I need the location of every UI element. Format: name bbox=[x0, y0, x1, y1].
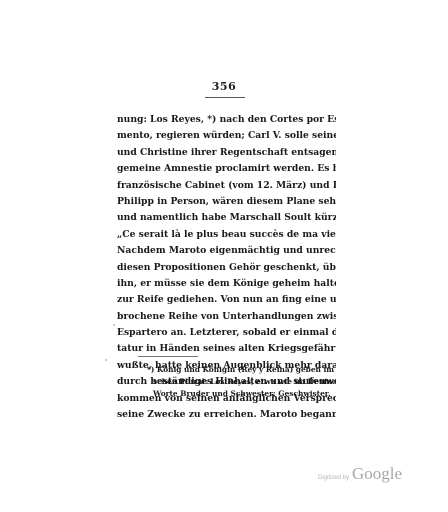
digitized-by-google-watermark: Digitized by Google bbox=[318, 464, 402, 484]
scan-speck bbox=[113, 324, 115, 326]
google-logo: Google bbox=[352, 464, 402, 484]
body-line: „Ce serait là le plus beau succès de ma … bbox=[117, 227, 336, 243]
body-line: mento, regieren würden; Carl V. solle se… bbox=[117, 128, 336, 144]
body-line: zur Reife gediehen. Von nun an fing eine… bbox=[117, 292, 336, 308]
body-line: Philipp in Person, wären diesem Plane se… bbox=[117, 194, 336, 210]
footnote-rule bbox=[138, 356, 198, 357]
body-line: ihn, er müsse sie dem Könige geheim halt… bbox=[117, 276, 336, 292]
body-line: gemeine Amnestie proclamirt werden. Es h… bbox=[117, 161, 336, 177]
body-line: brochene Reihe von Unterhandlungen zwisc… bbox=[117, 309, 336, 325]
footnote-line: Worte Bruder und Schwester: Geschwister. bbox=[147, 388, 335, 400]
body-line: französische Cabinet (vom 12. März) und … bbox=[117, 178, 336, 194]
body-line: Espartero an. Letzterer, sobald er einma… bbox=[117, 325, 336, 341]
page-number: 356 bbox=[0, 80, 448, 93]
footnote-line: *) König und Königin (Rey y Reina) geben… bbox=[147, 364, 335, 376]
scan-speck bbox=[105, 359, 107, 361]
header-rule bbox=[205, 97, 245, 98]
footnote-line: schen Plural: Los Reyes, etwa wie im Deu… bbox=[147, 376, 335, 388]
watermark-prefix: Digitized by bbox=[318, 475, 349, 481]
body-line: und Christine ihrer Regentschaft entsage… bbox=[117, 145, 336, 161]
body-line: Nachdem Maroto eigenmächtig und unrechtm… bbox=[117, 243, 336, 259]
body-line: seine Zwecke zu erreichen. Maroto begann… bbox=[117, 407, 336, 423]
body-line: und namentlich habe Marschall Soult kürz… bbox=[117, 210, 336, 226]
body-line: diesen Propositionen Gehör geschenkt, üb… bbox=[117, 260, 336, 276]
body-line: nung: Los Reyes, *) nach den Cortes por … bbox=[117, 112, 336, 128]
footnotes: *) König und Königin (Rey y Reina) geben… bbox=[147, 364, 335, 400]
